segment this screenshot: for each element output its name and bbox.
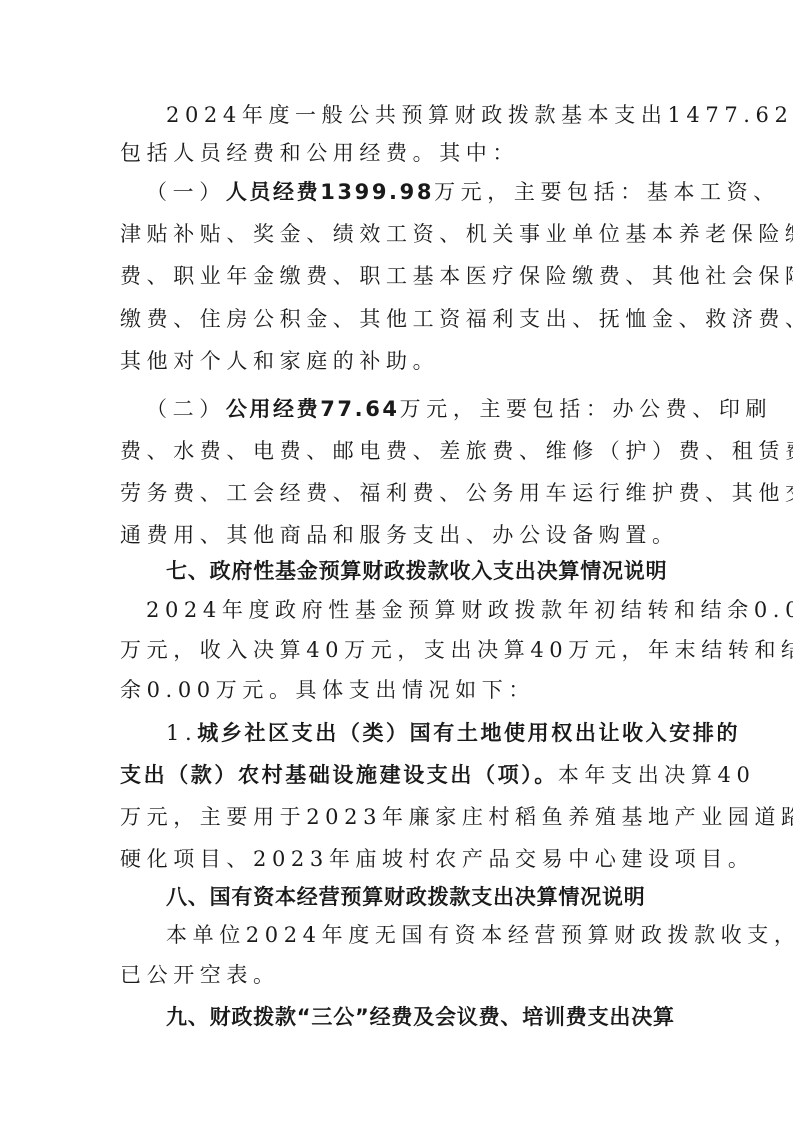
public-line-3: 劳务费、工会经费、福利费、公务用车运行维护费、其他交 (120, 478, 793, 508)
section-seven-line-2: 万元，收入决算40万元，支出决算40万元，年末结转和结 (120, 635, 793, 665)
personnel-line-1: （一）人员经费1399.98万元，主要包括：基本工资、 (146, 177, 780, 207)
personnel-line-3: 费、职业年金缴费、职工基本医疗保险缴费、其他社会保障 (120, 261, 793, 291)
public-rest: 万元，主要包括：办公费、印刷 (400, 397, 772, 421)
item-number: 1. (166, 721, 197, 745)
section-seven-item-1-line-1: 1.城乡社区支出（类）国有土地使用权出让收入安排的 (166, 718, 740, 748)
section-seven-heading: 七、政府性基金预算财政拨款收入支出决算情况说明 (166, 556, 667, 586)
public-line-1: （二）公用经费77.64万元，主要包括：办公费、印刷 (146, 394, 772, 424)
section-nine-heading: 九、财政拨款“三公”经费及会议费、培训费支出决算 (166, 1002, 675, 1032)
section-seven-item-1-line-4: 硬化项目、2023年庙坡村农产品交易中心建设项目。 (120, 844, 754, 874)
personnel-line-2: 津贴补贴、奖金、绩效工资、机关事业单位基本养老保险缴 (120, 219, 793, 249)
section-eight-line-1: 本单位2024年度无国有资本经营预算财政拨款收支， (166, 920, 793, 950)
personnel-prefix: （一） (146, 180, 226, 204)
section-seven-item-1-line-3: 万元，主要用于2023年廉家庄村稻鱼养殖基地产业园道路 (120, 802, 793, 832)
item-amount: 本年支出决算40 (558, 763, 756, 787)
basic-expense-line-2: 包括人员经费和公用经费。其中： (120, 138, 519, 168)
section-seven-line-1: 2024年度政府性基金预算财政拨款年初结转和结余0.00 (146, 595, 793, 625)
section-eight-line-2: 已公开空表。 (120, 960, 280, 990)
personnel-line-5: 其他对个人和家庭的补助。 (120, 346, 439, 376)
section-seven-item-1-line-2: 支出（款）农村基础设施建设支出（项）。本年支出决算40 (120, 760, 755, 790)
item-title-line-2: 支出（款）农村基础设施建设支出（项）。 (120, 763, 558, 787)
public-line-4: 通费用、其他商品和服务支出、办公设备购置。 (120, 520, 679, 550)
item-title-line-1: 城乡社区支出（类）国有土地使用权出让收入安排的 (197, 721, 740, 745)
personnel-title: 人员经费1399.98 (226, 180, 434, 204)
public-line-2: 费、水费、电费、邮电费、差旅费、维修（护）费、租赁费、 (120, 436, 793, 466)
personnel-line-4: 缴费、住房公积金、其他工资福利支出、抚恤金、救济费、 (120, 304, 793, 334)
section-seven-line-3: 余0.00万元。具体支出情况如下： (120, 675, 535, 705)
basic-expense-line-1: 2024年度一般公共预算财政拨款基本支出1477.62万元， (166, 100, 793, 130)
personnel-rest: 万元，主要包括：基本工资、 (434, 180, 780, 204)
public-title: 公用经费77.64 (226, 397, 400, 421)
section-eight-heading: 八、国有资本经营预算财政拨款支出决算情况说明 (166, 882, 646, 912)
public-prefix: （二） (146, 397, 226, 421)
